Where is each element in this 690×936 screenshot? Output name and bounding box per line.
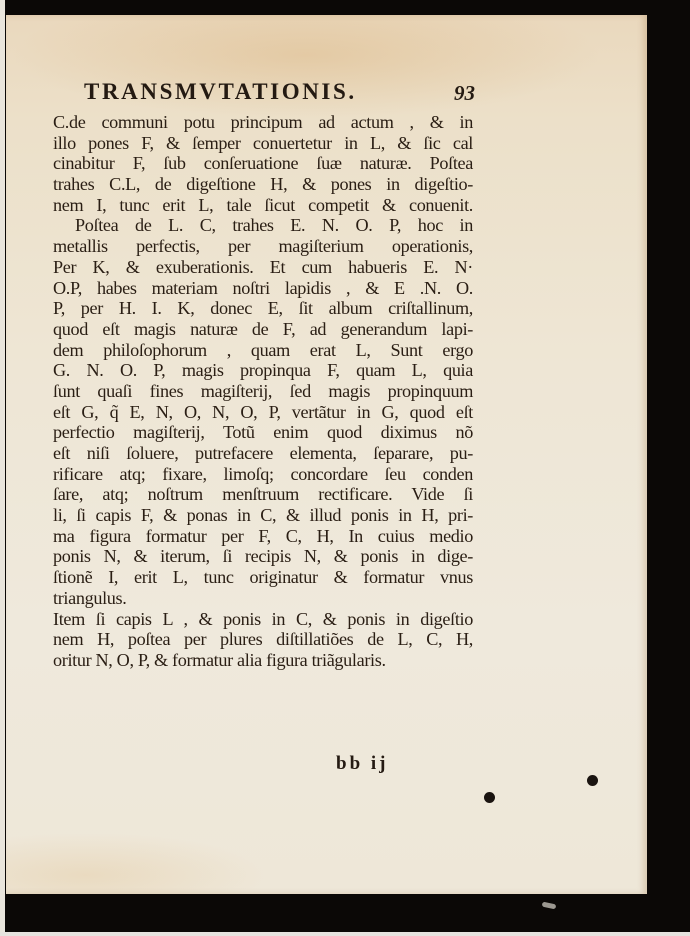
paragraph-end-line: oritur N, O, P, & formatur alia figura t…	[53, 650, 473, 671]
ink-dot-left	[484, 792, 495, 803]
text-line: cinabitur F, ſub conſeruatione ſuæ natur…	[53, 153, 473, 174]
text-line: Per K, & exuberationis. Et cum habueris …	[53, 257, 473, 278]
text-line: eſt niſi ſoluere, putrefacere elementa, …	[53, 443, 473, 464]
text-line: li, ſi capis F, & ponas in C, & illud po…	[53, 505, 473, 526]
text-line: C.de communi potu principum ad actum , &…	[53, 112, 473, 133]
text-line: quod eſt magis naturæ de F, ad generandu…	[53, 319, 473, 340]
paragraph-end-line: triangulus.	[53, 588, 473, 609]
text-line: O.P, habes materiam noſtri lapidis , & E…	[53, 278, 473, 299]
text-line: P, per H. I. K, donec E, ſit album criſt…	[53, 298, 473, 319]
text-line: ſunt quaſi fines magiſterij, ſed magis p…	[53, 381, 473, 402]
text-line: metallis perfectis, per magiſterium oper…	[53, 236, 473, 257]
text-line: ma figura formatur per F, C, H, In cuius…	[53, 526, 473, 547]
text-line: rificare atq; fixare, limoſq; concordare…	[53, 464, 473, 485]
scan-left-edge	[0, 0, 5, 936]
body-text: C.de communi potu principum ad actum , &…	[53, 112, 473, 671]
text-line: illo pones F, & ſemper conuertetur in L,…	[53, 133, 473, 154]
paper-smudge	[542, 902, 557, 910]
text-line: perfectio magiſterij, Totũ enim quod dix…	[53, 422, 473, 443]
scan-bottom-edge	[0, 932, 690, 936]
text-line: trahes C.L, de digeſtione H, & pones in …	[53, 174, 473, 195]
text-line: ponis N, & iterum, ſi recipis N, & ponis…	[53, 546, 473, 567]
text-line: nem H, poſtea per plures diſtillatiões d…	[53, 629, 473, 650]
text-line: nem I, tunc erit L, tale ſicut competit …	[53, 195, 473, 216]
text-line: dem philoſophorum , quam erat L, Sunt er…	[53, 340, 473, 361]
paragraph-start-line: Poſtea de L. C, trahes E. N. O. P, hoc i…	[53, 215, 473, 236]
page-number: 93	[454, 81, 475, 106]
book-page: TRANSMVTATIONIS. 93 C.de communi potu pr…	[6, 15, 647, 894]
text-line: eſt G, q̃ E, N, O, N, O, P, vertãtur in …	[53, 402, 473, 423]
text-line: ſtionẽ I, erit L, tunc originatur & form…	[53, 567, 473, 588]
ink-dot-right	[587, 775, 598, 786]
paragraph-start-line: Item ſi capis L , & ponis in C, & ponis …	[53, 609, 473, 630]
signature-mark: bb ij	[336, 753, 389, 775]
running-head: TRANSMVTATIONIS.	[84, 79, 357, 105]
text-line: ſare, atq; noſtrum menſtruum rectificare…	[53, 484, 473, 505]
text-line: G. N. O. P, magis propinqua F, quam L, q…	[53, 360, 473, 381]
